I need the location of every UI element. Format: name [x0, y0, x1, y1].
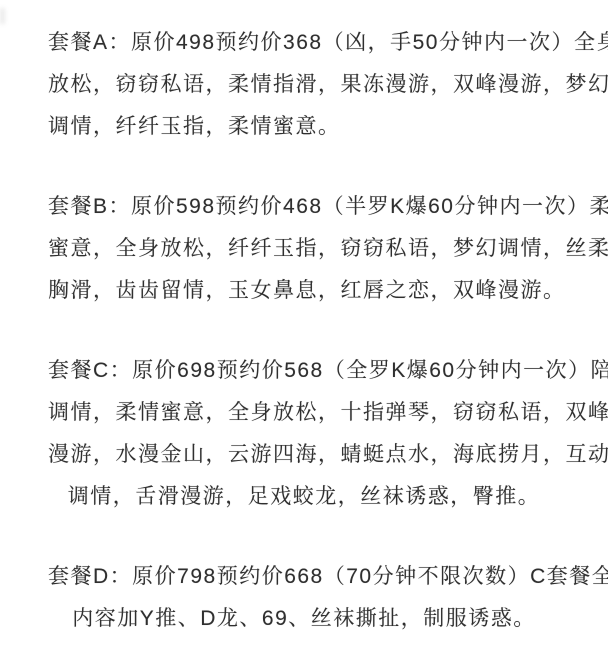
text-line: 胸滑，齿齿留情，玉女鼻息，红唇之恋，双峰漫游。: [48, 270, 560, 312]
text-line: 套餐A：原价498预约价368（凶，手50分钟内一次）全身: [48, 22, 588, 64]
text-line: 调情，舌滑漫游，足戏蛟龙，丝袜诱惑，臀推。: [48, 476, 560, 518]
package-paragraph-b: 套餐B：原价598预约价468（半罗K爆60分钟内一次）柔情蜜意，全身放松，纤纤…: [48, 186, 588, 312]
package-paragraph-a: 套餐A：原价498预约价368（凶，手50分钟内一次）全身放松，窃窃私语，柔情指…: [48, 22, 588, 148]
package-paragraph-c: 套餐C：原价698预约价568（全罗K爆60分钟内一次）陪浴调情，柔情蜜意，全身…: [48, 350, 588, 518]
text-line: 调情，纤纤玉指，柔情蜜意。: [48, 106, 588, 148]
menu-document: 套餐A：原价498预约价368（凶，手50分钟内一次）全身放松，窃窃私语，柔情指…: [0, 0, 608, 647]
text-line: 内容加Y推、D龙、69、丝袜撕扯，制服诱惑。: [48, 598, 560, 640]
menu-sections: 套餐A：原价498预约价368（凶，手50分钟内一次）全身放松，窃窃私语，柔情指…: [48, 22, 588, 640]
photo-edge-artifact: [0, 8, 5, 24]
text-line: 套餐C：原价698预约价568（全罗K爆60分钟内一次）陪浴: [48, 350, 588, 392]
text-line: 蜜意，全身放松，纤纤玉指，窃窃私语，梦幻调情，丝柔: [48, 228, 588, 270]
package-paragraph-d: 套餐D：原价798预约价668（70分钟不限次数）C套餐全部内容加Y推、D龙、6…: [48, 556, 588, 640]
text-line: 放松，窃窃私语，柔情指滑，果冻漫游，双峰漫游，梦幻: [48, 64, 588, 106]
text-line: 套餐B：原价598预约价468（半罗K爆60分钟内一次）柔情: [48, 186, 588, 228]
text-line: 套餐D：原价798预约价668（70分钟不限次数）C套餐全部: [48, 556, 588, 598]
text-line: 漫游，水漫金山，云游四海，蜻蜓点水，海底捞月，互动: [48, 434, 588, 476]
text-line: 调情，柔情蜜意，全身放松，十指弹琴，窃窃私语，双峰: [48, 392, 588, 434]
